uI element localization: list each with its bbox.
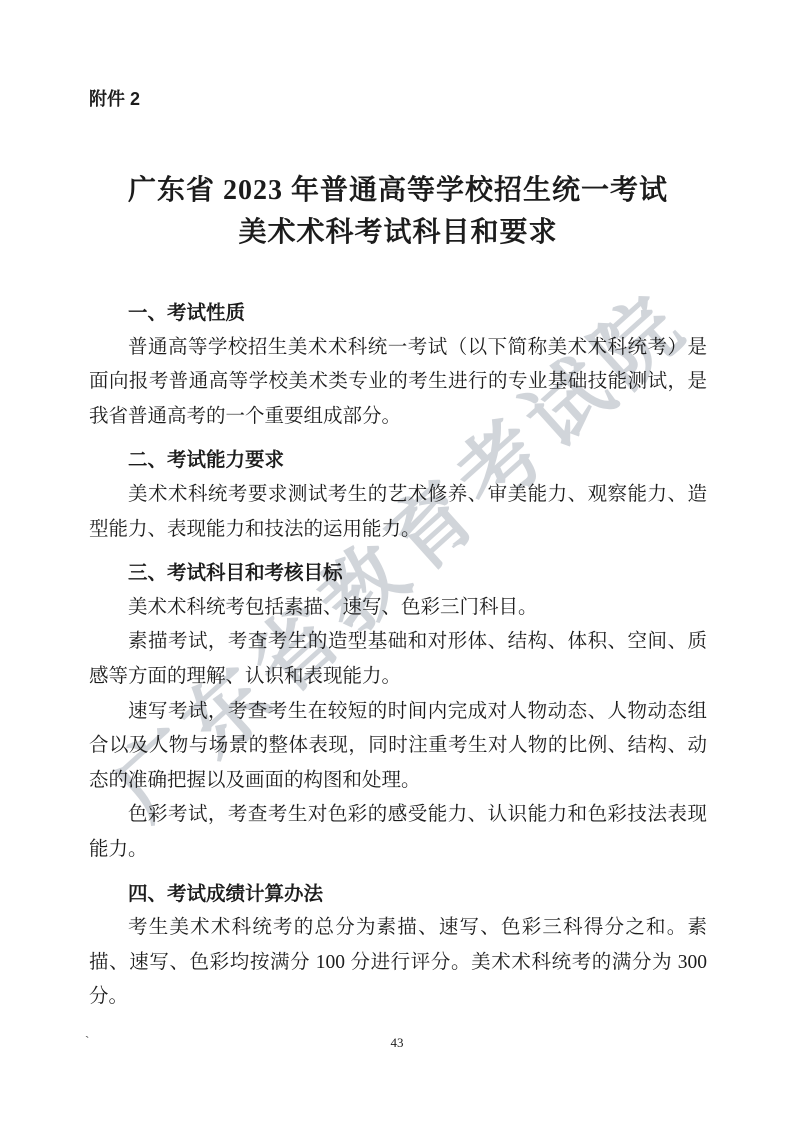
page-number: 43 — [0, 1035, 794, 1051]
section-3-paragraph-1: 美术术科统考包括素描、速写、色彩三门科目。 — [89, 591, 707, 626]
section-heading-4: 四、考试成绩计算办法 — [89, 877, 707, 912]
document-title-line-1: 广东省 2023 年普通高等学校招生统一考试 — [89, 170, 707, 212]
section-4-paragraph-1: 考生美术术科统考的总分为素描、速写、色彩三科得分之和。素描、速写、色彩均按满分 … — [89, 911, 707, 1015]
section-3-paragraph-2: 素描考试，考查考生的造型基础和对形体、结构、体积、空间、质感等方面的理解、认识和… — [89, 625, 707, 694]
section-subjects-and-goals: 三、考试科目和考核目标 美术术科统考包括素描、速写、色彩三门科目。 素描考试，考… — [89, 556, 707, 867]
section-2-paragraph-1: 美术术科统考要求测试考生的艺术修养、审美能力、观察能力、造型能力、表现能力和技法… — [89, 478, 707, 547]
section-3-paragraph-4: 色彩考试，考查考生对色彩的感受能力、认识能力和色彩技法表现能力。 — [89, 798, 707, 867]
section-3-paragraph-3: 速写考试，考查考生在较短的时间内完成对人物动态、人物动态组合以及人物与场景的整体… — [89, 695, 707, 799]
section-exam-nature: 一、考试性质 普通高等学校招生美术术科统一考试（以下简称美术术科统考）是面向报考… — [89, 296, 707, 434]
section-score-calculation: 四、考试成绩计算办法 考生美术术科统考的总分为素描、速写、色彩三科得分之和。素描… — [89, 877, 707, 1015]
document-title: 广东省 2023 年普通高等学校招生统一考试 美术术科考试科目和要求 — [89, 170, 707, 254]
section-1-paragraph-1: 普通高等学校招生美术术科统一考试（以下简称美术术科统考）是面向报考普通高等学校美… — [89, 331, 707, 435]
document-content: 附件 2 广东省 2023 年普通高等学校招生统一考试 美术术科考试科目和要求 … — [89, 88, 707, 1015]
section-heading-1: 一、考试性质 — [89, 296, 707, 331]
document-title-line-2: 美术术科考试科目和要求 — [89, 212, 707, 254]
section-ability-requirements: 二、考试能力要求 美术术科统考要求测试考生的艺术修养、审美能力、观察能力、造型能… — [89, 443, 707, 547]
section-heading-3: 三、考试科目和考核目标 — [89, 556, 707, 591]
document-page: 广东省教育考试院 附件 2 广东省 2023 年普通高等学校招生统一考试 美术术… — [0, 0, 794, 1123]
attachment-label: 附件 2 — [89, 88, 707, 110]
section-heading-2: 二、考试能力要求 — [89, 443, 707, 478]
